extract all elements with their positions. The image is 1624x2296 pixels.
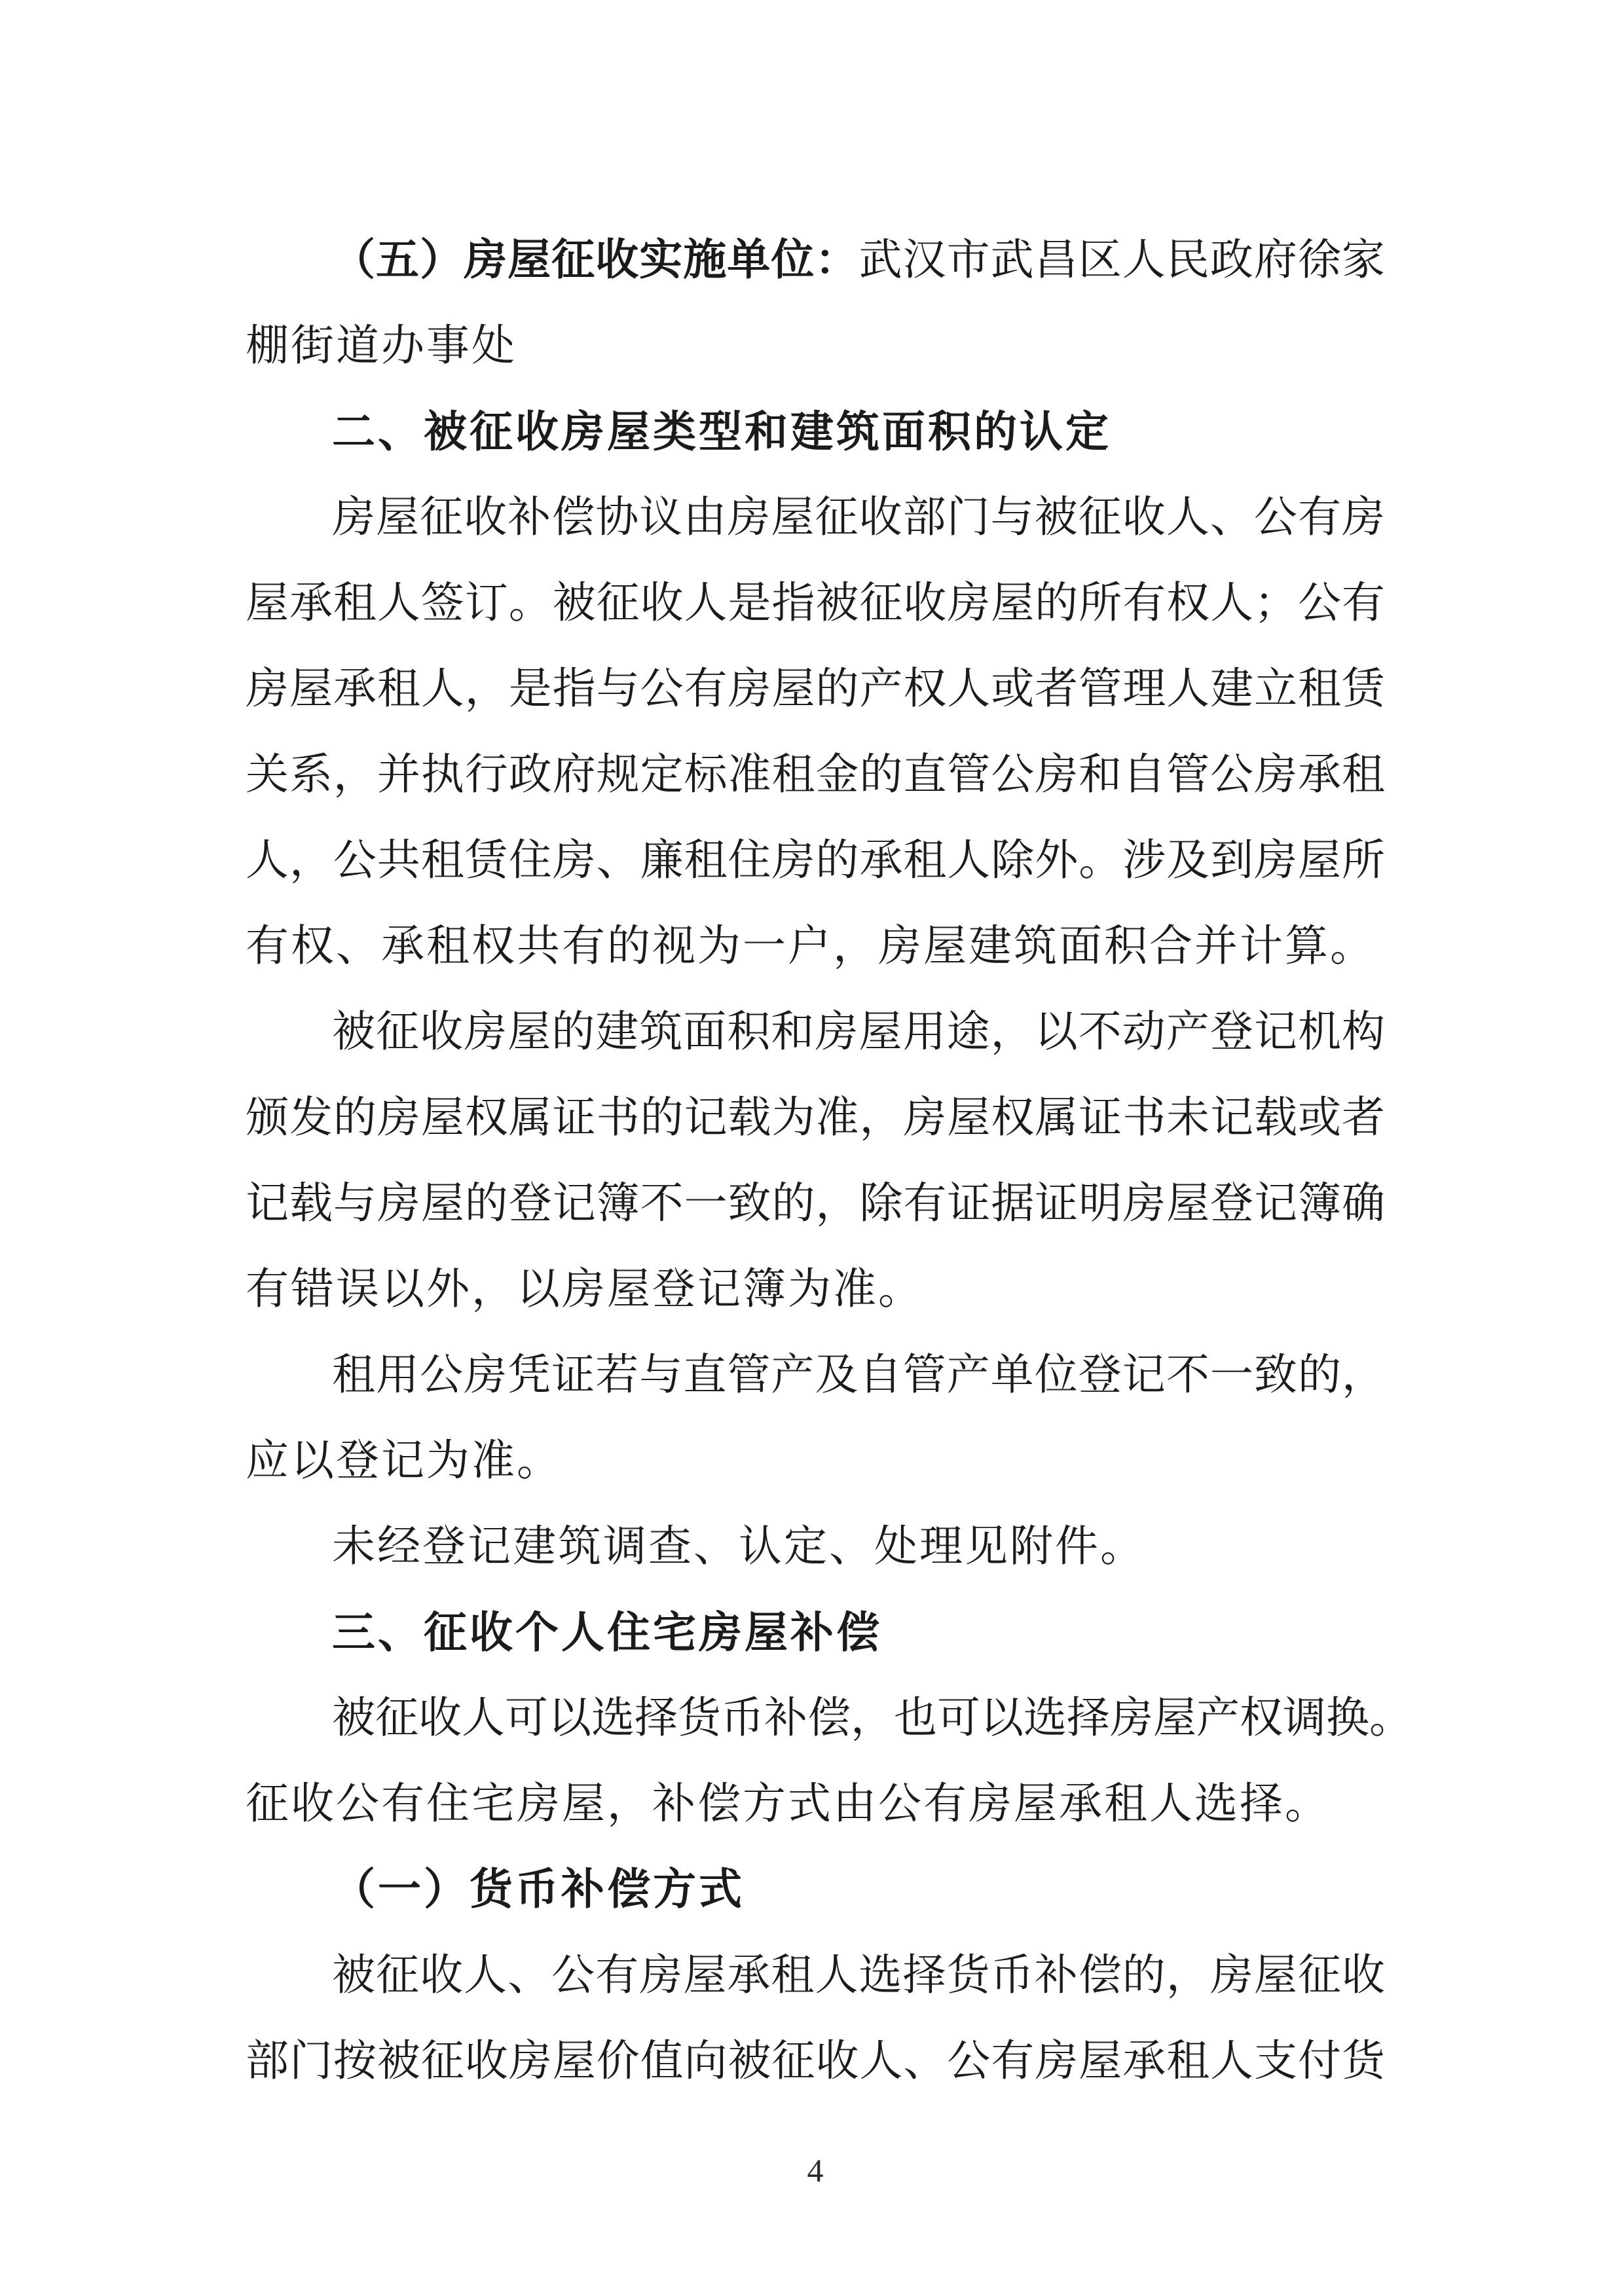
document-page: （五）房屋征收实施单位：武汉市武昌区人民政府徐家 棚街道办事处 二、被征收房屋类…: [0, 0, 1624, 2296]
text-line: 人，公共租赁住房、廉租住房的承租人除外。涉及到房屋所: [246, 818, 1385, 903]
text-line: 屋承租人签订。被征收人是指被征收房屋的所有权人；公有: [246, 560, 1385, 646]
text-line: 有权、承租权共有的视为一户，房屋建筑面积合并计算。: [246, 903, 1385, 989]
clause-5-value: 武汉市武昌区人民政府徐家: [859, 236, 1385, 284]
text-line: 关系，并执行政府规定标准租金的直管公房和自管公房承租: [246, 732, 1385, 818]
text-line: 颁发的房屋权属证书的记载为准，房屋权属证书未记载或者: [246, 1075, 1385, 1161]
text-line: 被征收人、公有房屋承租人选择货币补偿的，房屋征收: [246, 1933, 1385, 2018]
text-line: 租用公房凭证若与直管产及自管产单位登记不一致的，: [246, 1332, 1385, 1418]
text-line-section5: （五）房屋征收实施单位：武汉市武昌区人民政府徐家: [246, 217, 1385, 303]
text-line: 棚街道办事处: [246, 303, 1385, 389]
text-line: 征收公有住宅房屋，补偿方式由公有房屋承租人选择。: [246, 1761, 1385, 1847]
text-line: 部门按被征收房屋价值向被征收人、公有房屋承租人支付货: [246, 2018, 1385, 2104]
text-line: 房屋承租人，是指与公有房屋的产权人或者管理人建立租赁: [246, 646, 1385, 732]
text-line: 记载与房屋的登记簿不一致的，除有证据证明房屋登记簿确: [246, 1161, 1385, 1247]
text-line: 应以登记为准。: [246, 1418, 1385, 1504]
text-line: 被征收人可以选择货币补偿，也可以选择房屋产权调换。: [246, 1675, 1385, 1761]
text-line: 有错误以外，以房屋登记簿为准。: [246, 1247, 1385, 1332]
section-heading-3: 三、征收个人住宅房屋补偿: [246, 1590, 1385, 1675]
text-line: 被征收房屋的建筑面积和房屋用途，以不动产登记机构: [246, 989, 1385, 1075]
subsection-heading-1: （一）货币补偿方式: [246, 1847, 1385, 1933]
clause-5-label: （五）房屋征收实施单位：: [332, 236, 859, 284]
page-number: 4: [246, 2144, 1385, 2196]
section-heading-2: 二、被征收房屋类型和建筑面积的认定: [246, 389, 1385, 475]
text-line: 未经登记建筑调查、认定、处理见附件。: [246, 1504, 1385, 1590]
text-line: 房屋征收补偿协议由房屋征收部门与被征收人、公有房: [246, 475, 1385, 560]
document-body: （五）房屋征收实施单位：武汉市武昌区人民政府徐家 棚街道办事处 二、被征收房屋类…: [246, 217, 1385, 2104]
